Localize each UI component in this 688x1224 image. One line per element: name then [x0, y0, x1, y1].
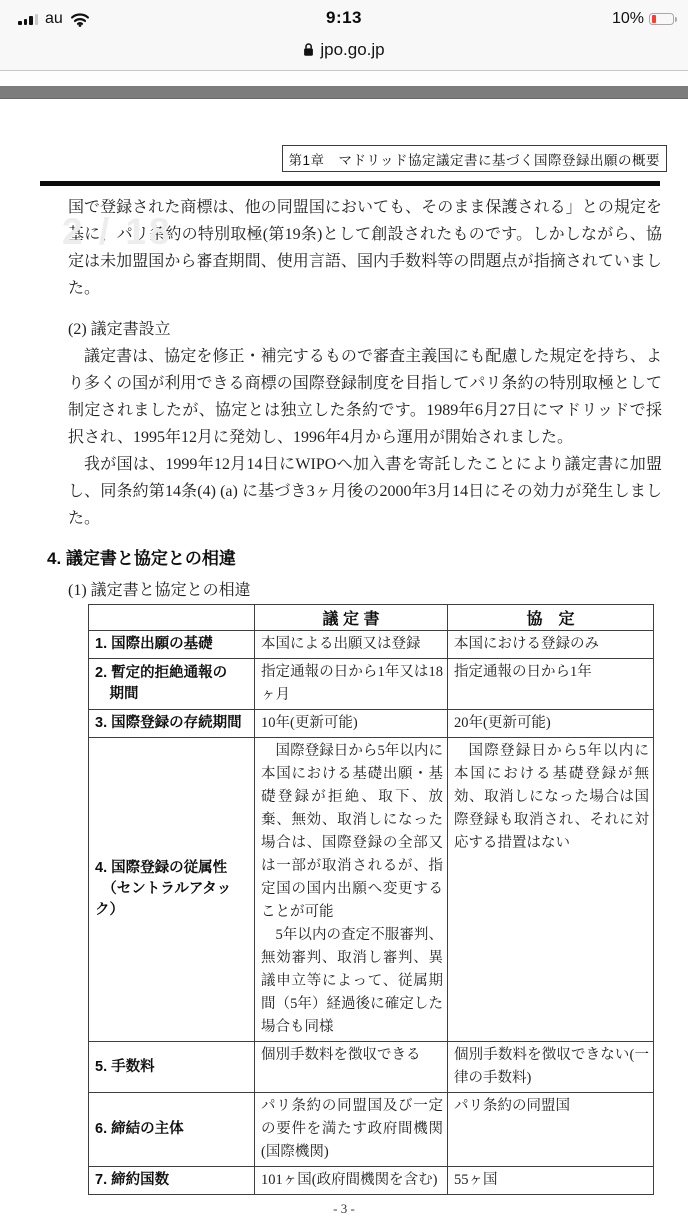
status-bar: au 9:13 10% jpo.go.jp: [0, 0, 688, 71]
table-row: 7. 締約国数 101ヶ国(政府間機関を含む) 55ヶ国: [89, 1167, 654, 1195]
agreement-cell: 国際登録日から5年以内に本国における基礎登録が無効、取消しになった場合は国際登録…: [448, 738, 654, 1042]
agreement-cell: 本国における登録のみ: [448, 631, 654, 659]
comparison-table: 議 定 書 協 定 1. 国際出願の基礎 本国による出願又は登録 本国における登…: [88, 604, 654, 1195]
header-rule: [40, 181, 660, 186]
table-header-empty: [89, 605, 255, 631]
table-row: 4. 国際登録の従属性 （セントラルアタック） 国際登録日から5年以内に本国にお…: [89, 738, 654, 1042]
protocol-cell: 10年(更新可能): [255, 710, 448, 738]
section2-paragraph-1: 議定書は、協定を修正・補完するもので審査主義国にも配慮した規定を持ち、より多くの…: [68, 343, 662, 451]
url-bar[interactable]: jpo.go.jp: [0, 40, 688, 62]
battery-fill-red: [652, 15, 656, 23]
section2-title: (2) 議定書設立: [68, 316, 662, 343]
row-label: 4. 国際登録の従属性 （セントラルアタック）: [89, 738, 255, 1042]
protocol-cell: 個別手数料を徴収できる: [255, 1042, 448, 1093]
chapter-header-row: 第1章 マドリッド協定議定書に基づく国際登録出願の概要: [0, 145, 688, 172]
protocol-cell: 101ヶ国(政府間機関を含む): [255, 1167, 448, 1195]
pdf-page-indicator: 2 / 18: [62, 211, 173, 253]
agreement-cell: 指定通報の日から1年: [448, 659, 654, 710]
section4-title: 4. 議定書と協定との相違: [47, 544, 688, 569]
pdf-page: 2 / 18 第1章 マドリッド協定議定書に基づく国際登録出願の概要 国で登録さ…: [0, 99, 688, 1223]
table-row: 5. 手数料 個別手数料を徴収できる 個別手数料を徴収できない(一律の手数料): [89, 1042, 654, 1093]
row-label: 7. 締約国数: [89, 1167, 255, 1195]
agreement-cell: パリ条約の同盟国: [448, 1093, 654, 1167]
chapter-header-box: 第1章 マドリッド協定議定書に基づく国際登録出願の概要: [282, 145, 667, 172]
page-number-footer: - 3 -: [0, 1201, 688, 1223]
section4-subtitle: (1) 議定書と協定との相違: [68, 577, 688, 600]
status-right-cluster: 10%: [612, 10, 674, 28]
battery-icon: [649, 13, 674, 26]
row-label: 3. 国際登録の存続期間: [89, 710, 255, 738]
section2-paragraph-2: 我が国は、1999年12月14日にWIPOへ加入書を寄託したことにより議定書に加…: [68, 451, 662, 532]
table-header-agreement: 協 定: [448, 605, 654, 631]
url-domain[interactable]: jpo.go.jp: [320, 40, 384, 60]
agreement-paragraph: 国際登録日から5年以内に本国における基礎登録が無効、取消しになった場合は国際登録…: [454, 740, 649, 855]
agreement-cell: 個別手数料を徴収できない(一律の手数料): [448, 1042, 654, 1093]
row-label: 1. 国際出願の基礎: [89, 631, 255, 659]
protocol-cell: 本国による出願又は登録: [255, 631, 448, 659]
table-header-protocol: 議 定 書: [255, 605, 448, 631]
battery-percent-label: 10%: [612, 10, 644, 28]
protocol-paragraph-1: 国際登録日から5年以内に本国における基礎出願・基礎登録が拒絶、取下、放棄、無効、…: [261, 740, 443, 924]
row-label: 2. 暫定的拒絶通報の 期間: [89, 659, 255, 710]
table-row: 6. 締結の主体 パリ条約の同盟国及び一定の要件を満たす政府間機関(国際機関) …: [89, 1093, 654, 1167]
table-row: 1. 国際出願の基礎 本国による出願又は登録 本国における登録のみ: [89, 631, 654, 659]
table-row: 2. 暫定的拒絶通報の 期間 指定通報の日から1年又は18ヶ月 指定通報の日から…: [89, 659, 654, 710]
row-label: 6. 締結の主体: [89, 1093, 255, 1167]
table-row: 3. 国際登録の存続期間 10年(更新可能) 20年(更新可能): [89, 710, 654, 738]
protocol-cell: パリ条約の同盟国及び一定の要件を満たす政府間機関(国際機関): [255, 1093, 448, 1167]
protocol-paragraph-2: 5年以内の査定不服審判、無効審判、取消し審判、異議申立等によって、従属期間（5年…: [261, 924, 443, 1039]
toolbar-gap: [0, 71, 688, 86]
row-label: 5. 手数料: [89, 1042, 255, 1093]
pdf-viewer-divider: [0, 86, 688, 99]
lock-icon: [303, 43, 314, 57]
agreement-cell: 55ヶ国: [448, 1167, 654, 1195]
agreement-cell: 20年(更新可能): [448, 710, 654, 738]
status-time: 9:13: [0, 8, 688, 28]
table-header-row: 議 定 書 協 定: [89, 605, 654, 631]
protocol-cell: 国際登録日から5年以内に本国における基礎出願・基礎登録が拒絶、取下、放棄、無効、…: [255, 738, 448, 1042]
protocol-cell: 指定通報の日から1年又は18ヶ月: [255, 659, 448, 710]
